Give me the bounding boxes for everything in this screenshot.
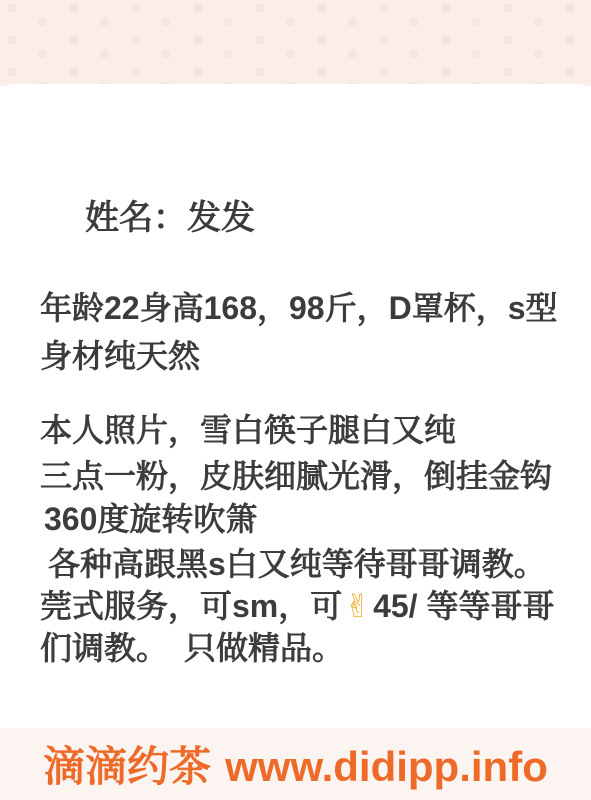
footer-bar: 滴滴约茶www.didipp.info <box>0 728 591 800</box>
description-line-1: 本人照片，雪白筷子腿白又纯 <box>40 412 456 449</box>
footer-text: 滴滴约茶www.didipp.info <box>43 734 548 794</box>
stats-line-1: 年龄22身高168，98斤，D罩杯，s型 <box>40 290 558 327</box>
service-line-3: 们调教。 只做精品。 <box>40 630 344 667</box>
description-line-2: 三点一粉，皮肤细腻光滑，倒挂金钩 <box>40 458 552 495</box>
footer-url: www.didipp.info <box>225 743 548 790</box>
service-line-2-pre: 莞式服务，可sm，可 <box>40 588 342 624</box>
victory-hand-emoji: ✌ <box>342 588 373 624</box>
service-line-2-post: 45/ 等等哥哥 <box>373 588 554 624</box>
service-line-2: 莞式服务，可sm，可✌45/ 等等哥哥 <box>40 588 554 625</box>
stats-line-2: 身材纯天然 <box>40 338 200 375</box>
pink-pattern-banner <box>0 0 591 86</box>
description-line-3: 360度旋转吹箫 <box>44 501 257 538</box>
footer-brand: 滴滴约茶 <box>43 743 211 790</box>
service-line-1: 各种高跟黑s白又纯等待哥哥调教。 <box>48 546 546 583</box>
profile-title: 姓名：发发 <box>85 200 255 237</box>
